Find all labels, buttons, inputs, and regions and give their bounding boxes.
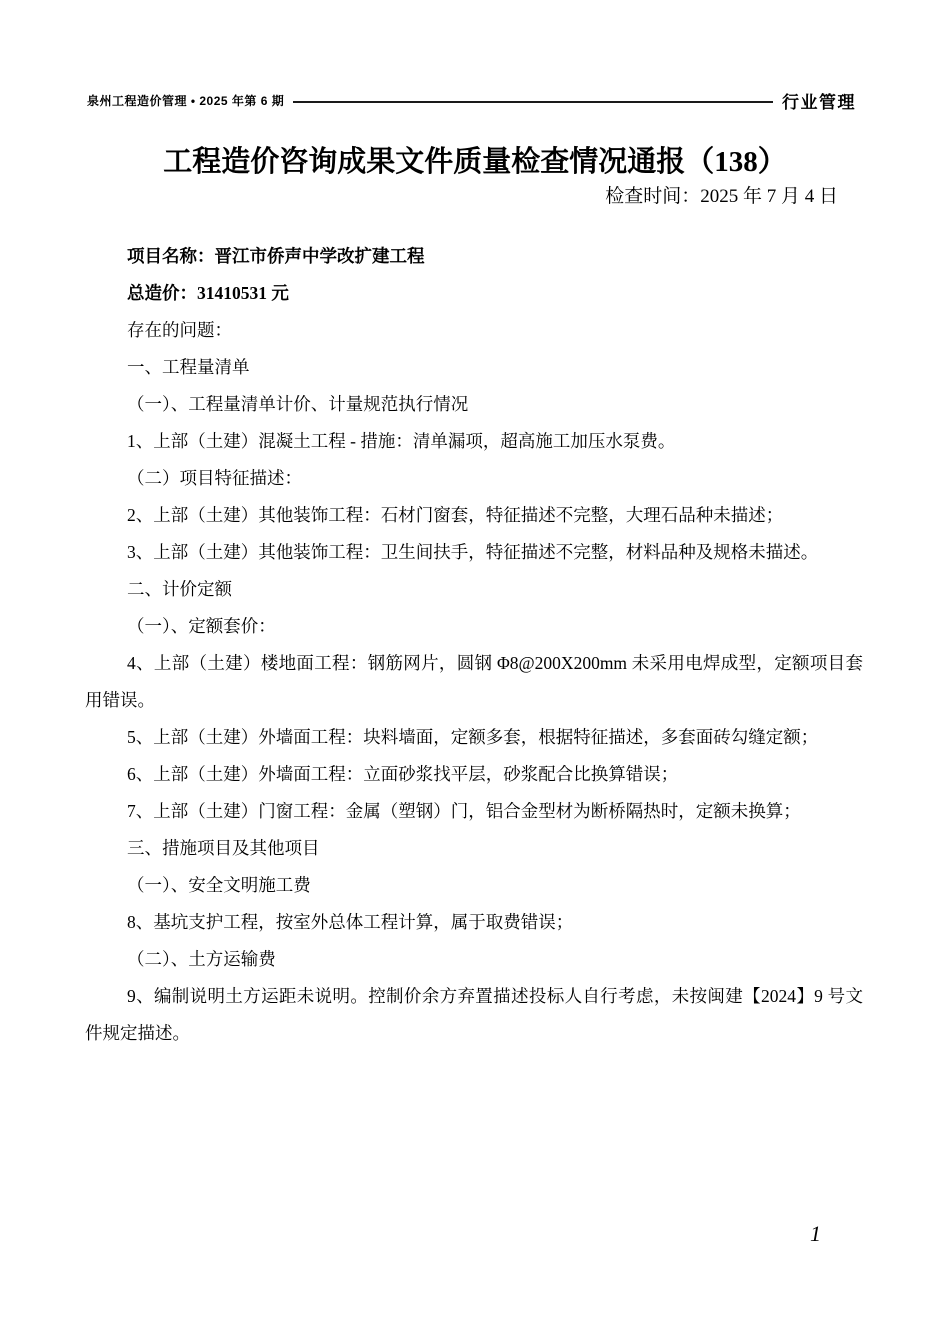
inspection-date: 检查时间：2025 年 7 月 4 日 (605, 185, 838, 209)
journal-issue-label: 泉州工程造价管理 • 2025 年第 6 期 (87, 92, 284, 109)
document-body: 项目名称：晋江市侨声中学改扩建工程 总造价：31410531 元 存在的问题： … (85, 238, 863, 1052)
section-label: 行业管理 (782, 88, 856, 113)
issue-6: 6、上部（土建）外墙面工程：立面砂浆找平层，砂浆配合比换算错误； (85, 756, 863, 793)
section-2-1-heading: （一）、定额套价： (85, 608, 863, 645)
issue-1: 1、上部（土建）混凝土工程 - 措施：清单漏项，超高施工加压水泵费。 (85, 423, 863, 460)
page-number: 1 (810, 1221, 821, 1247)
section-1-1-heading: （一）、工程量清单计价、计量规范执行情况 (85, 386, 863, 423)
project-name-line: 项目名称：晋江市侨声中学改扩建工程 (85, 238, 863, 275)
issue-2: 2、上部（土建）其他装饰工程：石材门窗套，特征描述不完整，大理石品种未描述； (85, 497, 863, 534)
section-3-1-heading: （一）、安全文明施工费 (85, 867, 863, 904)
issue-9: 9、编制说明土方运距未说明。控制价余方弃置描述投标人自行考虑，未按闽建【2024… (85, 978, 863, 1052)
issue-8: 8、基坑支护工程，按室外总体工程计算，属于取费错误； (85, 904, 863, 941)
issue-3: 3、上部（土建）其他装饰工程：卫生间扶手，特征描述不完整，材料品种及规格未描述。 (85, 534, 863, 571)
document-page: 泉州工程造价管理 • 2025 年第 6 期 行业管理 工程造价咨询成果文件质量… (0, 0, 950, 1344)
section-3-heading: 三、措施项目及其他项目 (85, 830, 863, 867)
page-header: 泉州工程造价管理 • 2025 年第 6 期 行业管理 (87, 87, 856, 113)
issue-7: 7、上部（土建）门窗工程：金属（塑钢）门，铝合金型材为断桥隔热时，定额未换算； (85, 793, 863, 830)
document-title: 工程造价咨询成果文件质量检查情况通报（138） (0, 145, 950, 180)
issue-4: 4、上部（土建）楼地面工程：钢筋网片，圆钢 Φ8@200X200mm 未采用电焊… (85, 645, 863, 719)
problems-label: 存在的问题： (85, 312, 863, 349)
header-rule (293, 101, 773, 103)
section-2-heading: 二、计价定额 (85, 571, 863, 608)
total-cost-line: 总造价：31410531 元 (85, 275, 863, 312)
issue-5: 5、上部（土建）外墙面工程：块料墙面，定额多套，根据特征描述，多套面砖勾缝定额； (85, 719, 863, 756)
section-1-heading: 一、工程量清单 (85, 349, 863, 386)
section-3-2-heading: （二）、土方运输费 (85, 941, 863, 978)
section-1-2-heading: （二）项目特征描述： (85, 460, 863, 497)
